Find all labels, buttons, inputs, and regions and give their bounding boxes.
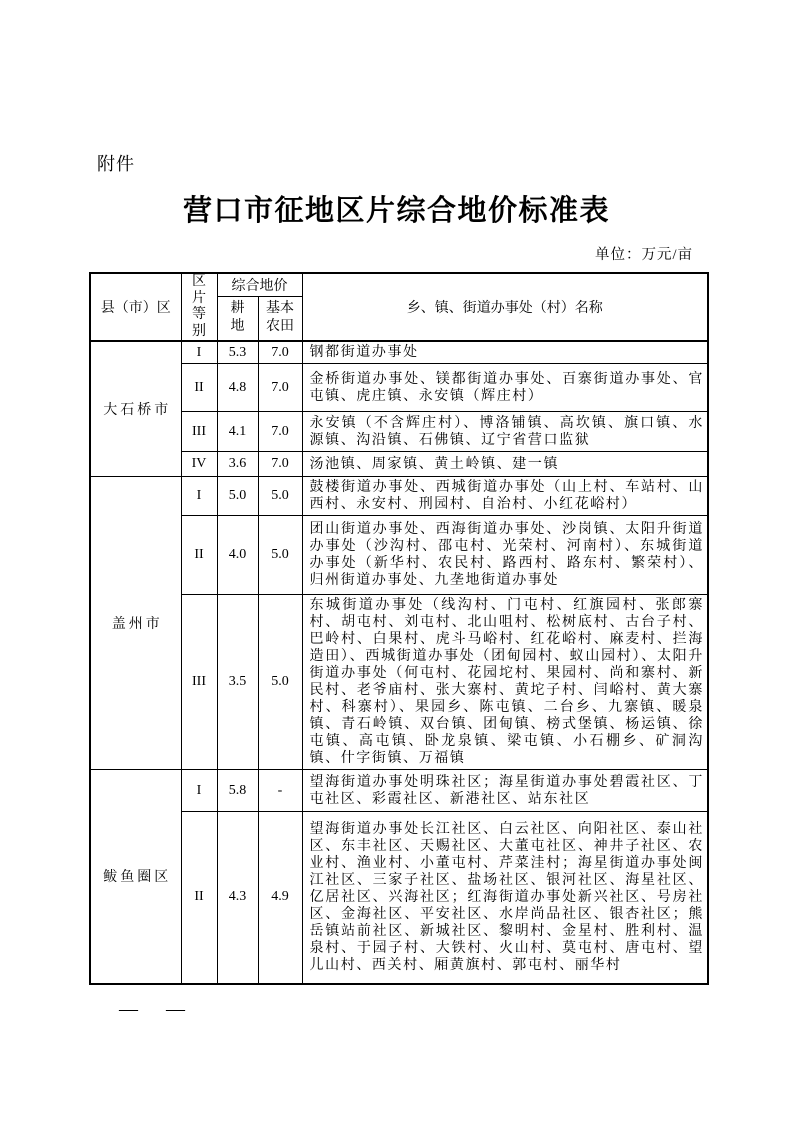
page-number-dash-left: — <box>119 999 138 1021</box>
page-number-dashes: — — <box>119 999 185 1021</box>
header-cultivated-land: 耕地 <box>217 296 258 341</box>
price-table-container: 县（市）区 区片等别 综合地价 乡、镇、街道办事处（村）名称 耕地 基本农田 <box>89 272 709 985</box>
table-row: II 4.8 7.0 金桥街道办事处、镁都街道办事处、百寨街道办事处、官屯镇、虎… <box>90 364 708 412</box>
page-number-dash-right: — <box>166 999 185 1021</box>
farmland-price-cell: - <box>258 770 302 812</box>
cultivated-price-cell: 3.5 <box>217 595 258 770</box>
grade-cell: II <box>181 516 217 595</box>
grade-cell: IV <box>181 452 217 477</box>
header-county: 县（市）区 <box>90 273 181 341</box>
cultivated-price-cell: 5.3 <box>217 341 258 364</box>
farmland-price-cell: 4.9 <box>258 812 302 984</box>
farmland-price-cell: 5.0 <box>258 595 302 770</box>
grade-cell: II <box>181 812 217 984</box>
table-row: IV 3.6 7.0 汤池镇、周家镇、黄土岭镇、建一镇 <box>90 452 708 477</box>
cultivated-price-cell: 4.8 <box>217 364 258 412</box>
grade-cell: III <box>181 412 217 452</box>
names-cell: 金桥街道办事处、镁都街道办事处、百寨街道办事处、官屯镇、虎庄镇、永安镇（辉庄村） <box>302 364 708 412</box>
grade-cell: I <box>181 770 217 812</box>
cultivated-price-cell: 4.1 <box>217 412 258 452</box>
names-cell: 汤池镇、周家镇、黄土岭镇、建一镇 <box>302 452 708 477</box>
header-zone-grade-text: 区片等别 <box>192 274 206 340</box>
table-row: 鲅鱼圈区 I 5.8 - 望海街道办事处明珠社区；海星街道办事处碧霞社区、丁屯社… <box>90 770 708 812</box>
grade-cell: III <box>181 595 217 770</box>
farmland-price-cell: 5.0 <box>258 516 302 595</box>
header-cultivated-land-text: 耕地 <box>231 300 245 336</box>
document-page: 附件 营口市征地区片综合地价标准表 单位：万元/亩 县（市）区 区片等别 综合地… <box>0 0 793 1122</box>
table-row: II 4.0 5.0 团山街道办事处、西海街道办事处、沙岗镇、太阳升街道办事处（… <box>90 516 708 595</box>
farmland-price-cell: 7.0 <box>258 412 302 452</box>
table-row: 盖州市 I 5.0 5.0 鼓楼街道办事处、西城街道办事处（山上村、车站村、山西… <box>90 477 708 516</box>
county-cell-dashiqiao: 大石桥市 <box>90 341 181 477</box>
header-names: 乡、镇、街道办事处（村）名称 <box>302 273 708 341</box>
header-zone-grade: 区片等别 <box>181 273 217 341</box>
grade-cell: II <box>181 364 217 412</box>
farmland-price-cell: 7.0 <box>258 341 302 364</box>
table-row: II 4.3 4.9 望海街道办事处长江社区、白云社区、向阳社区、泰山社区、东丰… <box>90 812 708 984</box>
names-cell: 鼓楼街道办事处、西城街道办事处（山上村、车站村、山西村、永安村、刑园村、自治村、… <box>302 477 708 516</box>
page-title: 营口市征地区片综合地价标准表 <box>0 188 793 229</box>
county-cell-gaizhou: 盖州市 <box>90 477 181 770</box>
table-row: III 3.5 5.0 东城街道办事处（线沟村、门屯村、红旗园村、张郎寨村、胡屯… <box>90 595 708 770</box>
farmland-price-cell: 7.0 <box>258 364 302 412</box>
grade-cell: I <box>181 341 217 364</box>
cultivated-price-cell: 5.8 <box>217 770 258 812</box>
cultivated-price-cell: 4.3 <box>217 812 258 984</box>
cultivated-price-cell: 5.0 <box>217 477 258 516</box>
farmland-price-cell: 7.0 <box>258 452 302 477</box>
header-basic-farmland: 基本农田 <box>258 296 302 341</box>
table-header-row-1: 县（市）区 区片等别 综合地价 乡、镇、街道办事处（村）名称 <box>90 273 708 296</box>
names-cell: 永安镇（不含辉庄村）、博洛铺镇、高坎镇、旗口镇、水源镇、沟沿镇、石佛镇、辽宁省营… <box>302 412 708 452</box>
names-cell: 东城街道办事处（线沟村、门屯村、红旗园村、张郎寨村、胡屯村、刘屯村、北山咀村、松… <box>302 595 708 770</box>
names-cell: 望海街道办事处明珠社区；海星街道办事处碧霞社区、丁屯社区、彩霞社区、新港社区、站… <box>302 770 708 812</box>
grade-cell: I <box>181 477 217 516</box>
names-cell: 团山街道办事处、西海街道办事处、沙岗镇、太阳升街道办事处（沙沟村、邵屯村、光荣村… <box>302 516 708 595</box>
table-row: 大石桥市 I 5.3 7.0 钢都街道办事处 <box>90 341 708 364</box>
table-row: III 4.1 7.0 永安镇（不含辉庄村）、博洛铺镇、高坎镇、旗口镇、水源镇、… <box>90 412 708 452</box>
header-basic-farmland-text: 基本农田 <box>266 300 294 336</box>
attachment-label: 附件 <box>97 150 135 176</box>
header-composite-price: 综合地价 <box>217 273 302 296</box>
cultivated-price-cell: 3.6 <box>217 452 258 477</box>
names-cell: 钢都街道办事处 <box>302 341 708 364</box>
unit-note: 单位：万元/亩 <box>595 243 693 264</box>
names-cell: 望海街道办事处长江社区、白云社区、向阳社区、泰山社区、东丰社区、天赐社区、大董屯… <box>302 812 708 984</box>
county-cell-bayuquan: 鲅鱼圈区 <box>90 770 181 984</box>
cultivated-price-cell: 4.0 <box>217 516 258 595</box>
farmland-price-cell: 5.0 <box>258 477 302 516</box>
price-table: 县（市）区 区片等别 综合地价 乡、镇、街道办事处（村）名称 耕地 基本农田 <box>89 272 709 985</box>
